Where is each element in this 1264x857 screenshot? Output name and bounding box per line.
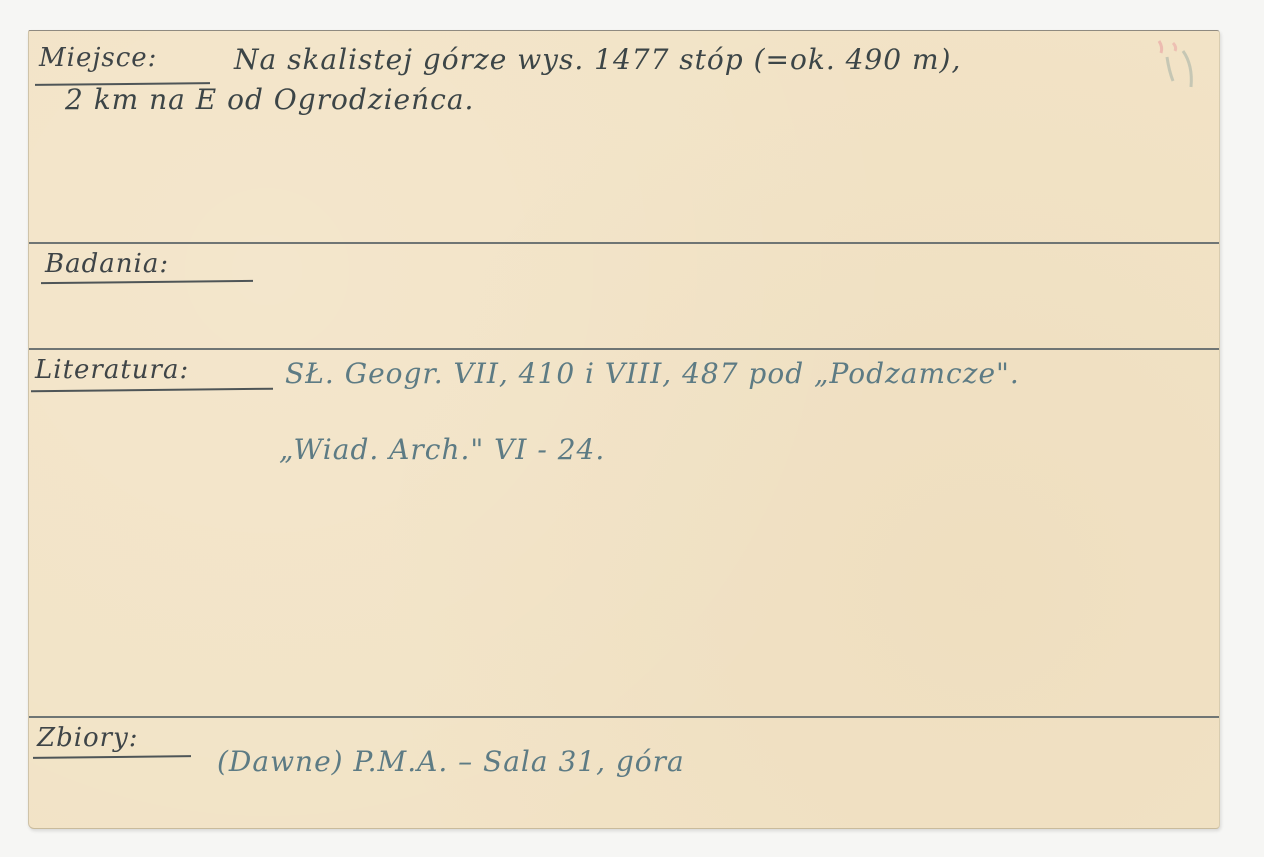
badania-label-underline [41,280,253,284]
zbiory-label-underline [33,755,191,759]
zbiory-label: Zbiory: [37,723,139,753]
literatura-label-underline [31,388,273,393]
literatura-text-line2: „Wiad. Arch." VI - 24. [279,433,605,466]
miejsce-label: Miejsce: [39,43,157,73]
miejsce-text-line1: Na skalistej górze wys. 1477 stóp (=ok. … [234,43,961,76]
miejsce-text-line2: 2 km na E od Ogrodzieńca. [65,83,474,116]
section-divider [29,348,1219,350]
section-divider [29,242,1219,244]
badania-label: Badania: [45,249,169,279]
stamp-mark-icon [1139,39,1209,94]
section-divider [29,716,1219,718]
literatura-text-line1: SŁ. Geogr. VII, 410 i VIII, 487 pod „Pod… [285,357,1020,390]
index-card: Miejsce: Na skalistej górze wys. 1477 st… [28,30,1220,829]
literatura-label: Literatura: [35,355,189,385]
zbiory-text-line1: (Dawne) P.M.A. – Sala 31, góra [217,745,685,778]
scan-background: Miejsce: Na skalistej górze wys. 1477 st… [0,0,1264,857]
